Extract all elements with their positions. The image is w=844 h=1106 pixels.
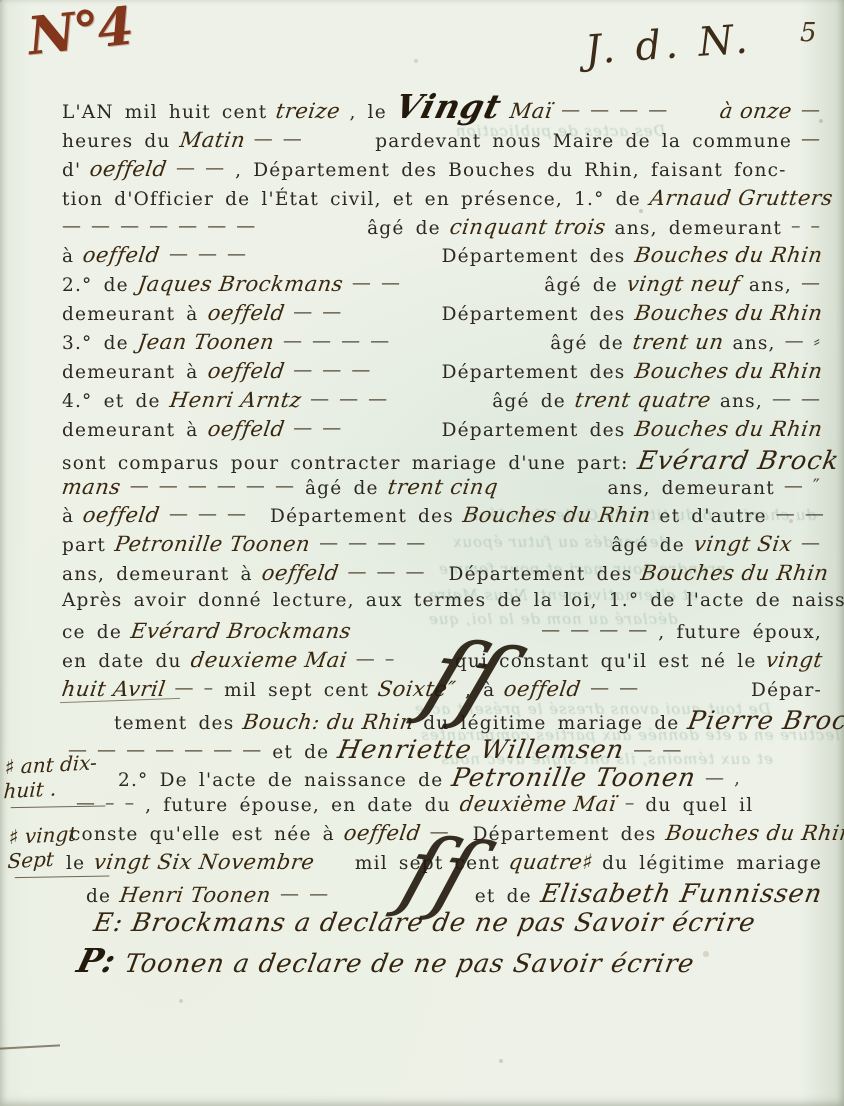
printed-text: qui constant qu'il est né le: [455, 651, 757, 672]
document-line: partPetronille Toonen— — — —âgé devingt …: [62, 532, 822, 561]
handwritten-text: oeffeld: [206, 417, 286, 441]
document-body: L'AN mil huit centtreize, leVingtMaï— — …: [62, 99, 822, 990]
dash-filler: —: [801, 272, 822, 294]
printed-text: âgé de: [367, 218, 441, 239]
handwritten-text: trent quatre: [573, 388, 712, 412]
handwritten-text: deuxième Maï: [458, 792, 618, 816]
handwritten-text: oeffeld: [342, 821, 422, 845]
printed-text: tement des: [114, 713, 234, 734]
dash-filler: — —: [254, 128, 304, 150]
handwritten-text: Bouches du Rhin: [633, 417, 824, 441]
handwritten-text: oeffeld: [206, 301, 286, 325]
dash-filler: — ″: [784, 475, 822, 497]
document-line: àoeffeld— — —Département desBouches du R…: [62, 503, 822, 532]
printed-text: Département des: [473, 824, 657, 845]
printed-text: et d'autre: [659, 506, 766, 527]
handwritten-text: oeffeld: [82, 503, 162, 527]
document-line: heures duMatin— —pardevant nous Maire de…: [62, 128, 822, 157]
printed-text: heures du: [62, 131, 171, 152]
document-line: Après avoir donné lecture, aux termes de…: [62, 590, 822, 619]
printed-text: ans,: [733, 333, 776, 354]
dash-filler: — — — —: [541, 619, 649, 641]
printed-text: ans,: [749, 275, 792, 296]
handwritten-text: Bouches du Rhin: [633, 243, 824, 267]
handwritten-text: oeffeld: [260, 561, 340, 585]
dash-filler: — — — — — — —: [62, 215, 257, 237]
printed-text: du légitime mariage: [602, 853, 822, 874]
dash-filler: — —: [293, 417, 343, 439]
dash-filler: — — — —: [319, 532, 427, 554]
printed-text: , Département des Bouches du Rhin, faisa…: [235, 160, 787, 181]
dash-filler: — — —: [347, 561, 426, 583]
dash-filler: — ⸗: [785, 330, 822, 353]
printed-text: demeurant à: [62, 304, 199, 325]
page-number: 5: [800, 18, 817, 48]
handwritten-text: Soixte″: [377, 677, 458, 701]
printed-text: âgé de: [544, 275, 618, 296]
printed-text: pardevant nous Maire de la commune: [375, 131, 792, 152]
dash-filler: — —: [776, 503, 826, 525]
printed-text: mil sept cent: [224, 680, 369, 701]
printed-text: âgé de: [305, 478, 379, 499]
handwritten-text: Bouches du Rhin: [461, 503, 652, 527]
dash-filler: — —: [352, 272, 402, 294]
dash-filler: –: [625, 792, 637, 814]
printed-text: en date du: [62, 651, 182, 672]
printed-text: de: [86, 886, 111, 907]
document-line: tion d'Officier de l'État civil, et en p…: [62, 186, 822, 215]
dash-filler: — —: [293, 301, 343, 323]
handwritten-text: Bouches du Rhin: [640, 561, 831, 585]
handwritten-text: deuxieme Mai: [189, 648, 349, 672]
printed-text: demeurant à: [62, 420, 199, 441]
printed-text: ans, demeurant: [607, 478, 774, 499]
document-line: deHenri Toonen— —et deElisabeth Funnisse…: [86, 879, 822, 908]
document-line: P:Toonen a declare de ne pas Savoir écri…: [78, 949, 822, 990]
handwritten-text: Bouches du Rhin: [633, 359, 824, 383]
printed-text: Département des: [449, 564, 633, 585]
printed-text: à: [62, 246, 74, 267]
handwritten-text: E:: [91, 908, 126, 938]
document-line: 4.° et deHenri Arntz— — —âgé detrent qua…: [62, 388, 822, 417]
handwritten-text: Maï: [508, 99, 554, 123]
dash-filler: – –: [791, 215, 822, 237]
margin-note-quatre-vingt-sept: ♯ vingtSept: [7, 819, 130, 881]
document-line: 2.° De l'acte de naissance dePetronille …: [118, 763, 822, 792]
document-line: ce deEvérard Brockmans— — — —, future ép…: [62, 619, 822, 648]
corner-initials: J. d. N.: [584, 16, 753, 74]
handwritten-text: vingt neuf: [625, 272, 741, 296]
handwritten-text: oeffeld: [82, 243, 162, 267]
document-line: tement desBouch: du Rhindu légitime mari…: [114, 706, 822, 735]
printed-text: demeurant à: [62, 362, 199, 383]
handwritten-text: Brockmans a declare de ne pas Savoir écr…: [130, 908, 759, 938]
printed-text: Après avoir donné lecture, aux termes de…: [62, 590, 844, 611]
printed-text: Département des: [442, 362, 626, 383]
handwritten-text: Elisabeth Funnissen: [538, 879, 825, 909]
printed-text: âgé de: [611, 535, 685, 556]
printed-text: âgé de: [550, 333, 624, 354]
printed-text: , à: [465, 680, 495, 701]
document-line: — – –, future épouse, en date dudeuxième…: [76, 792, 822, 821]
dash-filler: — — — — — —: [130, 475, 296, 497]
document-line: mans— — — — — —âgé detrent cinqans, deme…: [62, 475, 822, 504]
dash-filler: — — —: [169, 503, 248, 525]
handwritten-text: à onze: [718, 99, 793, 123]
printed-text: , le: [350, 102, 387, 123]
handwritten-text: mans: [60, 475, 122, 499]
document-line: 3.° deJean Toonen— — — —âgé detrent unan…: [62, 330, 822, 359]
document-line: d'oeffeld— —, Département des Bouches du…: [62, 157, 822, 186]
document-line: àoeffeld— — —Département desBouches du R…: [62, 243, 822, 272]
margin-note-text: huit .: [3, 773, 124, 803]
handwritten-text: Toonen a declare de ne pas Savoir écrire: [122, 949, 697, 979]
printed-text: à: [62, 506, 74, 527]
dash-filler: — — —: [169, 243, 248, 265]
printed-text: part: [62, 535, 106, 556]
printed-text: 2.° De l'acte de naissance de: [118, 770, 443, 791]
dash-filler: — — — —: [283, 330, 391, 352]
printed-text: 3.° de: [62, 333, 129, 354]
document-line: demeurant àoeffeld— —Département desBouc…: [62, 417, 822, 446]
handwritten-text: treize: [275, 99, 342, 123]
printed-text: ans, demeurant à: [62, 564, 253, 585]
handwritten-text: oeffeld: [206, 359, 286, 383]
document-line: demeurant àoeffeld— —Département desBouc…: [62, 301, 822, 330]
handwritten-text: oeffeld: [503, 677, 583, 701]
handwritten-text: Henri Toonen: [119, 883, 273, 907]
handwritten-text: Petronille Toonen: [113, 532, 312, 556]
handwritten-text: oeffeld: [89, 157, 169, 181]
handwritten-text: Henriette Willemsen: [336, 735, 627, 765]
dash-filler: — —: [280, 883, 330, 905]
margin-note-soixante-dix-huit: ♯ ant dix-huit .: [3, 749, 126, 811]
document-line: E:Brockmans a declare de ne pas Savoir é…: [94, 908, 822, 949]
handwritten-text: Pierre Brockmans: [686, 706, 844, 736]
handwritten-text: trent cinq: [386, 475, 499, 499]
document-line: en date dudeuxieme Mai— –qui constant qu…: [62, 648, 822, 677]
dash-filler: — —: [633, 739, 683, 761]
document-line: conste qu'elle est née àoeffeld—Départem…: [70, 821, 822, 850]
document-line: sont comparus pour contracter mariage d'…: [62, 446, 822, 475]
printed-text: et de: [272, 742, 329, 763]
dash-filler: — ,: [705, 767, 742, 789]
dash-filler: — — — —: [561, 99, 669, 121]
printed-text: 2.° de: [62, 275, 129, 296]
dash-filler: — —: [176, 157, 226, 179]
printed-text: ce de: [62, 622, 122, 643]
printed-text: Dépar-: [751, 680, 822, 701]
printed-text: du légitime mariage de: [423, 713, 679, 734]
handwritten-text: Matin: [178, 128, 247, 152]
dash-filler: — —: [772, 388, 822, 410]
dash-filler: —: [430, 821, 451, 843]
document-line: demeurant àoeffeld— — —Département desBo…: [62, 359, 822, 388]
printed-text: Département des: [442, 420, 626, 441]
printed-text: ans,: [720, 391, 763, 412]
handwritten-text: Henri Arntz: [168, 388, 303, 412]
dash-filler: — — —: [293, 359, 372, 381]
dash-filler: — — —: [310, 388, 389, 410]
printed-text: d': [62, 160, 81, 181]
printed-text: , future épouse, en date du: [145, 795, 451, 816]
document-line: levingt Six Novembremil sept centquatre♯…: [66, 850, 822, 879]
printed-text: L'AN mil huit cent: [62, 102, 267, 123]
printed-text: âgé de: [492, 391, 566, 412]
handwritten-text: vingt Six: [692, 532, 793, 556]
handwritten-text: cinquant trois: [448, 215, 607, 239]
printed-text: , future époux,: [658, 622, 822, 643]
handwritten-text: trent un: [631, 330, 725, 354]
printed-text: mil sept cent: [355, 853, 500, 874]
dash-filler: — –: [175, 677, 216, 699]
dash-filler: —: [801, 128, 822, 150]
printed-text: sont comparus pour contracter mariage d'…: [62, 453, 629, 474]
printed-text: Département des: [442, 304, 626, 325]
dash-filler: —: [801, 532, 822, 554]
registry-page: N°4 J. d. N. 5 Des actes de publicationd…: [0, 0, 844, 1106]
printed-text: tion d'Officier de l'État civil, et en p…: [62, 189, 641, 210]
document-line: — — — — — — —et deHenriette Willemsen— —: [68, 735, 822, 764]
handwritten-text: vingt: [764, 648, 824, 672]
handwritten-text: Evérard Brockmans: [129, 619, 353, 643]
handwritten-text: huit Avril: [60, 677, 167, 701]
handwritten-text: Arnaud Grutters: [648, 186, 834, 210]
document-line: L'AN mil huit centtreize, leVingtMaï— — …: [62, 99, 822, 128]
printed-text: du quel il: [645, 795, 753, 816]
handwritten-text: Bouch: du Rhin: [242, 710, 416, 734]
handwritten-text: Petronille Toonen: [450, 763, 699, 793]
margin-note-text: Sept: [7, 843, 128, 873]
dash-filler: — —: [590, 677, 640, 699]
handwritten-text: Jaques Brockmans: [136, 272, 344, 296]
printed-text: ans, demeurant: [615, 218, 782, 239]
folio-number: N°4: [26, 1, 135, 64]
handwritten-text: quatre♯: [507, 850, 594, 874]
document-line: 2.° deJaques Brockmans— —âgé devingt neu…: [62, 272, 822, 301]
dash-filler: — –: [356, 648, 397, 670]
printed-text: 4.° et de: [62, 391, 161, 412]
document-line: — — — — — — —âgé decinquant troisans, de…: [62, 215, 822, 244]
printed-text: Département des: [442, 246, 626, 267]
paper-speckles: [0, 0, 2, 2]
dash-filler: —: [801, 99, 822, 121]
handwritten-text: Bouches du Rhin: [664, 821, 844, 845]
printed-text: Département des: [270, 506, 454, 527]
document-line: ans, demeurant àoeffeld— — —Département …: [62, 561, 822, 590]
handwritten-text: Bouches du Rhin: [633, 301, 824, 325]
printed-text: et de: [475, 886, 532, 907]
document-line: huit Avril— –mil sept centSoixte″, àoeff…: [62, 677, 822, 706]
handwritten-text: Evérard Brock: [635, 446, 841, 476]
ink-stroke: [0, 1044, 60, 1049]
handwritten-text: Jean Toonen: [136, 330, 276, 354]
